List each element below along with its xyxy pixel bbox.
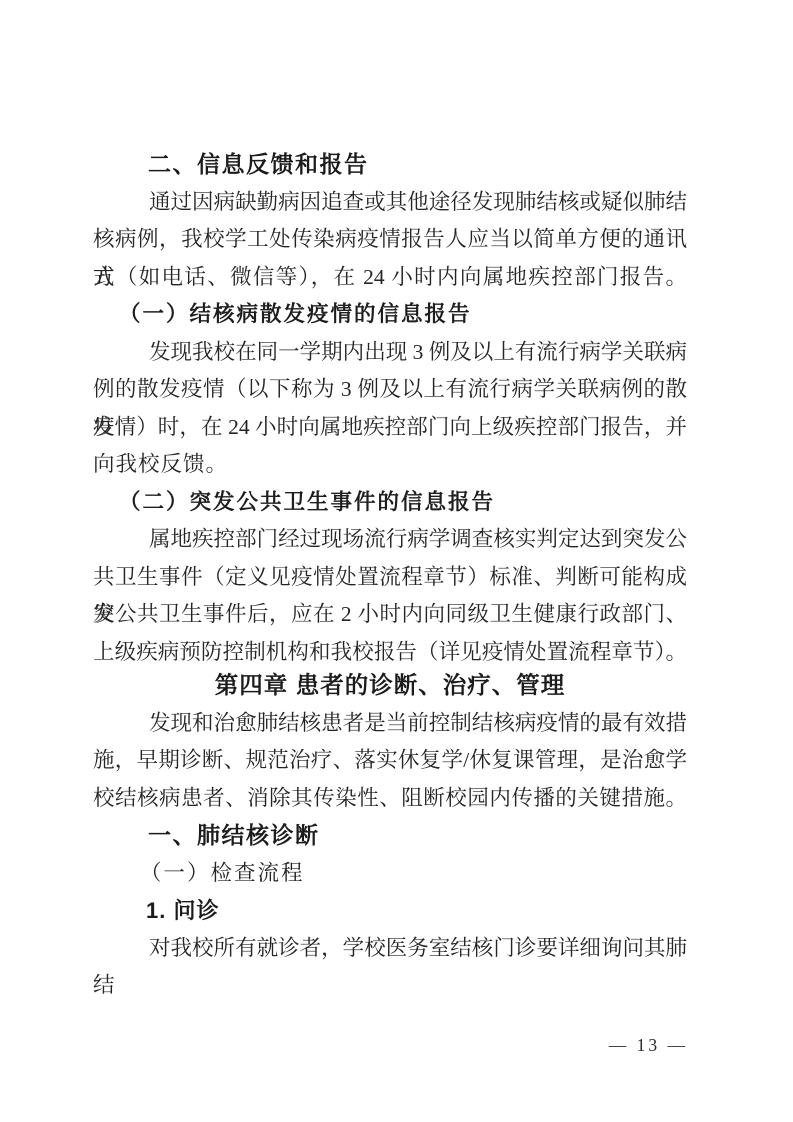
paragraph-sporadic-line: 例的散发疫情（以下称为 3 例及以上有流行病学关联病例的散发 <box>93 371 687 409</box>
paragraph-sporadic-line: 疫情）时，在 24 小时向属地疾控部门向上级疾控部门报告，并 <box>93 409 687 447</box>
paragraph-inquiry-line: 对我校所有就诊者，学校医务室结核门诊要详细询问其肺结 <box>93 930 687 968</box>
paragraph-emergency-line: 属地疾控部门经过现场流行病学调查核实判定达到突发公 <box>93 521 687 559</box>
section-heading-diagnosis: 一、肺结核诊断 <box>93 817 687 855</box>
paragraph-sporadic-line: 向我校反馈。 <box>93 446 687 484</box>
page-content: 二、信息反馈和报告 通过因病缺勤病因追查或其他途径发现肺结核或疑似肺结 核病例，… <box>93 146 687 967</box>
subheading-check-process: （一）检查流程 <box>93 855 687 893</box>
chapter-heading: 第四章 患者的诊断、治疗、管理 <box>93 667 687 705</box>
paragraph-emergency-line: 发公共卫生事件后，应在 2 小时内向同级卫生健康行政部门、 <box>93 596 687 634</box>
paragraph-report-line: 核病例，我校学工处传染病疫情报告人应当以简单方便的通讯方 <box>93 221 687 259</box>
section-heading-info-feedback: 二、信息反馈和报告 <box>93 146 687 184</box>
paragraph-sporadic-line: 发现我校在同一学期内出现 3 例及以上有流行病学关联病 <box>93 334 687 372</box>
paragraph-report-line: 式（如电话、微信等），在 24 小时内向属地疾控部门报告。 <box>93 259 687 297</box>
item-heading-inquiry: 1. 问诊 <box>93 892 687 930</box>
paragraph-chapter4-line: 发现和治愈肺结核患者是当前控制结核病疫情的最有效措 <box>93 705 687 743</box>
paragraph-emergency-line: 上级疾病预防控制机构和我校报告（详见疫情处置流程章节）。 <box>93 634 687 672</box>
paragraph-chapter4-line: 施，早期诊断、规范治疗、落实休复学/休复课管理，是治愈学 <box>93 742 687 780</box>
subheading-sporadic-report: （一）结核病散发疫情的信息报告 <box>93 296 687 334</box>
paragraph-report-line: 通过因病缺勤病因追查或其他途径发现肺结核或疑似肺结 <box>93 184 687 222</box>
subheading-emergency-report: （二）突发公共卫生事件的信息报告 <box>93 484 687 522</box>
paragraph-chapter4-line: 校结核病患者、消除其传染性、阻断校园内传播的关键措施。 <box>93 780 687 818</box>
page-number: — 13 — <box>609 1033 688 1057</box>
document-page: 二、信息反馈和报告 通过因病缺勤病因追查或其他途径发现肺结核或疑似肺结 核病例，… <box>0 0 793 1122</box>
paragraph-emergency-line: 共卫生事件（定义见疫情处置流程章节）标准、判断可能构成突 <box>93 559 687 597</box>
